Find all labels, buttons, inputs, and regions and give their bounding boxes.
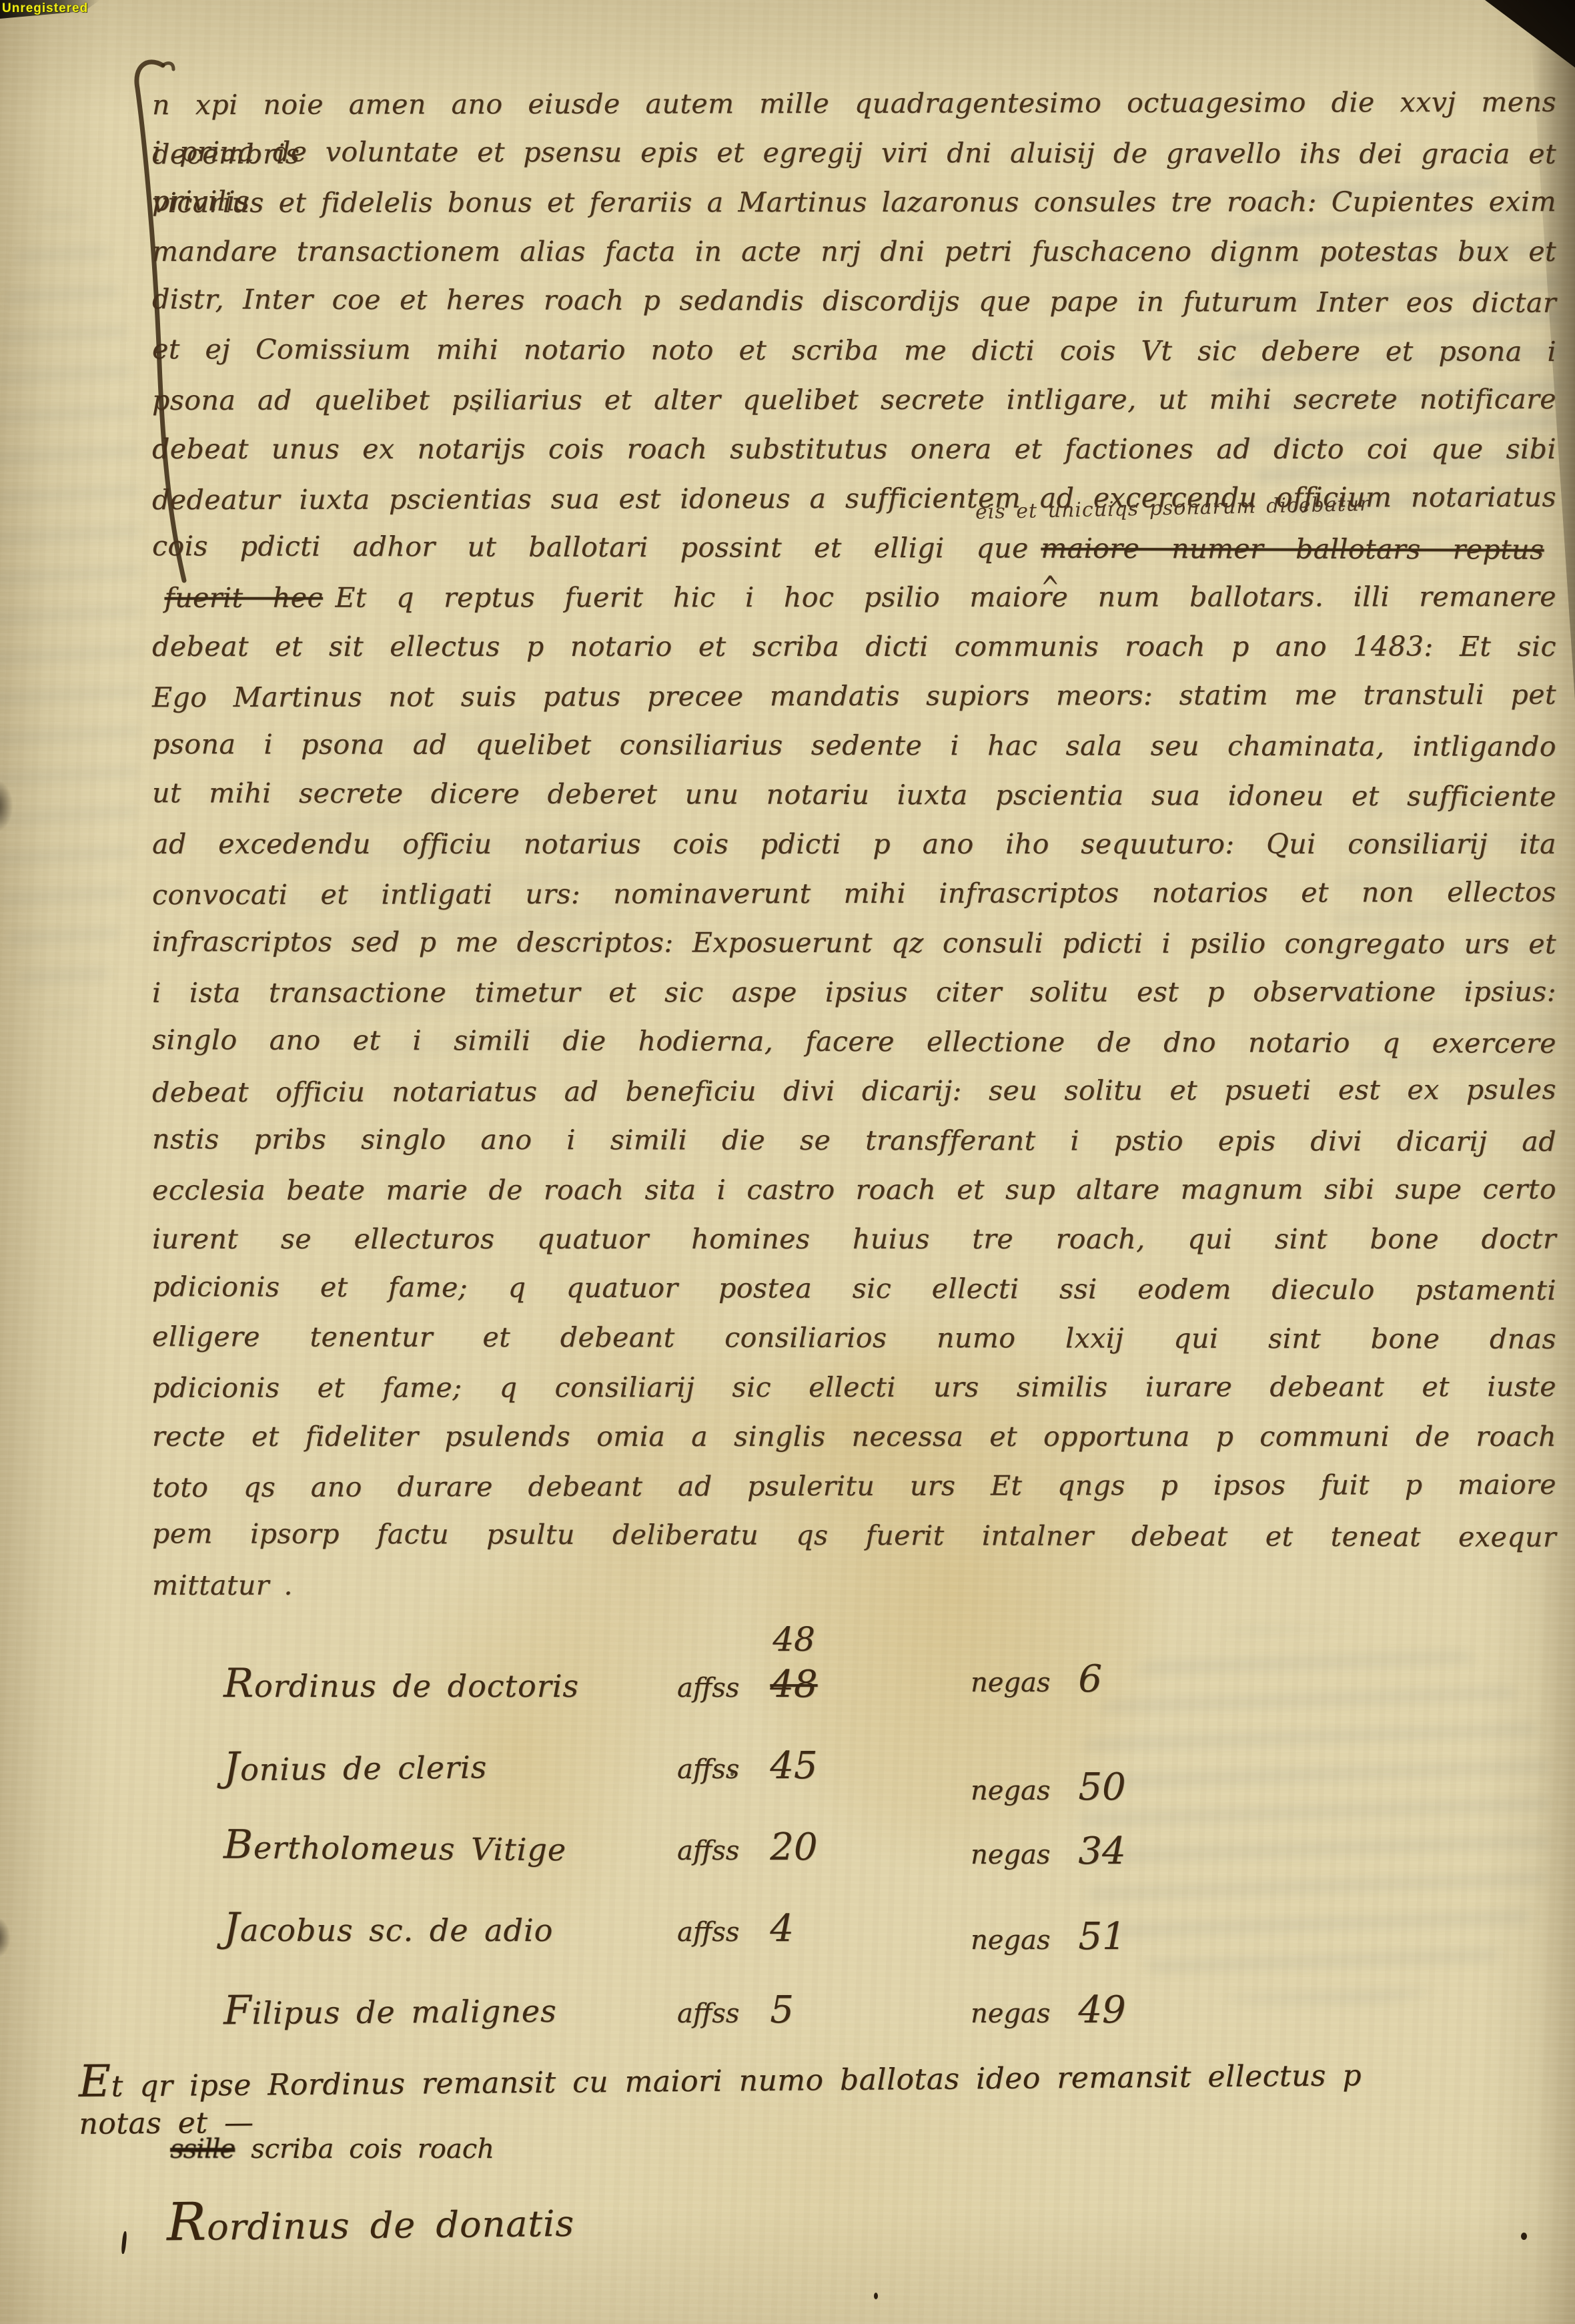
parchment-page: n xpi noie amen ano eiusde autem mille q… (0, 0, 1575, 2324)
line-text: et ej Comissium mihi notario noto et scr… (152, 333, 1556, 368)
closing-statement: Et qr ipse Rordinus remansit cu maiori n… (78, 2044, 1460, 2141)
manuscript-line: pdicionis et fame; q consiliarij sic ell… (152, 1362, 1556, 1413)
scanner-watermark: Unregistered (2, 1, 88, 16)
page-edge-notch (0, 1916, 11, 1959)
negative-votes-cell: negas 50 (971, 1766, 1411, 1809)
affirmative-votes-cell: affss 45 (677, 1744, 971, 1788)
manuscript-line: psona ad quelibet psiliarius et alter qu… (152, 374, 1556, 425)
negative-label: negas (971, 1925, 1050, 1956)
candidate-name: Jacobus sc. de adio (223, 1904, 677, 1951)
line-text: Et q reptus fuerit hic i hoc psilio maio… (335, 580, 1556, 614)
page-edge-notch (0, 779, 13, 833)
affirmative-vote-count: 20 (770, 1826, 817, 1869)
manuscript-line: pem ipsorp factu psultu deliberatu qs fu… (152, 1509, 1556, 1562)
line-text: distr, Inter coe et heres roach p sedand… (152, 283, 1556, 319)
affirmative-numbers: 5 (770, 1988, 794, 2032)
manuscript-line: iurent se ellecturos quatuor homines hui… (152, 1214, 1556, 1264)
negative-votes-cell: negas 49 (971, 1988, 1411, 2032)
affirmative-numbers: 48 48 (770, 1663, 817, 1706)
affirmative-label: affss (677, 1998, 739, 2029)
line-text: elligere tenentur et debeant consiliario… (152, 1320, 1556, 1355)
negative-vote-count: 34 (1078, 1830, 1125, 1873)
negative-label: negas (971, 1667, 1050, 1698)
negative-label: negas (971, 1776, 1050, 1806)
manuscript-line: cois pdicti adhor ut ballotari possint e… (152, 521, 1556, 574)
affirmative-label: affss (677, 1754, 739, 1785)
line-text: ecclesia beate marie de roach sita i cas… (152, 1173, 1556, 1206)
candidate-name: Jonius de cleris (223, 1739, 678, 1790)
line-text: cois pdicti adhor ut ballotari possint e… (152, 530, 1029, 564)
ink-speck (1521, 2233, 1527, 2240)
line-text: pem ipsorp factu psultu deliberatu qs fu… (152, 1517, 1556, 1553)
manuscript-line: i ista transactione timetur et sic aspe … (152, 967, 1556, 1018)
ink-speck (730, 1772, 734, 1776)
negative-label: negas (971, 1840, 1050, 1870)
manuscript-line: mittatur . (152, 1559, 1556, 1610)
manuscript-line: distr, Inter coe et heres roach p sedand… (152, 274, 1556, 328)
affirmative-vote-count: 5 (770, 1988, 794, 2032)
line-text: pdicionis et fame; q consiliarij sic ell… (152, 1371, 1556, 1404)
affirmative-label: affss (677, 1836, 739, 1866)
tally-row: Rordinus de doctoris affss 48 48 negas 6 (223, 1660, 1411, 1724)
struck-vote-count: 48 (770, 1663, 817, 1706)
manuscript-line: ad excedendu officiu notarius cois pdict… (152, 819, 1556, 869)
ink-speck (874, 2293, 878, 2299)
manuscript-line: i priua de voluntate et psensu epis et e… (152, 127, 1556, 179)
manuscript-line: psona i psona ad quelibet consiliarius s… (152, 719, 1556, 771)
ballot-tally: Rordinus de doctoris affss 48 48 negas 6… (223, 1660, 1411, 2050)
manuscript-line: mandare transactionem alias facta in act… (152, 227, 1556, 276)
line-text: iurent se ellecturos quatuor homines hui… (152, 1223, 1556, 1255)
negative-vote-count: 49 (1078, 1988, 1125, 2032)
insertion-caret-mark: ^ (1041, 570, 1060, 607)
tally-row: Jacobus sc. de adio affss 4 negas 51 (223, 1904, 1411, 1968)
affirmative-numbers: 45 (770, 1744, 817, 1788)
negative-label: negas (971, 1998, 1050, 2029)
line-text: i ista transactione timetur et sic aspe … (152, 976, 1556, 1009)
ink-speck (121, 2231, 127, 2254)
line-text: psona ad quelibet psiliarius et alter qu… (152, 383, 1556, 416)
manuscript-line: elligere tenentur et debeant consiliario… (152, 1312, 1556, 1364)
manuscript-line: Ego Martinus not suis patus precee manda… (152, 670, 1556, 722)
affirmative-numbers: 4 (770, 1907, 794, 1950)
manuscript-line: toto qs ano durare debeant ad psuleritu … (152, 1460, 1556, 1512)
manuscript-line: infrascriptos sed p me descriptos: Expos… (152, 917, 1556, 969)
elected-notary-name: Rordinus de donatis (167, 2188, 575, 2253)
affirmative-votes-cell: affss 20 (677, 1826, 971, 1869)
line-text: singlo ano et i simili die hodierna, fac… (152, 1024, 1556, 1060)
manuscript-body: n xpi noie amen ano eiusde autem mille q… (152, 79, 1556, 1609)
manuscript-line: n xpi noie amen ano eiusde autem mille q… (152, 77, 1556, 129)
manuscript-line: pdicionis et fame; q quatuor postea sic … (152, 1262, 1556, 1315)
manuscript-line: debeat officiu notariatus ad beneficiu d… (152, 1065, 1556, 1117)
affirmative-label: affss (677, 1673, 739, 1703)
corrected-vote-count: 48 (772, 1620, 815, 1659)
manuscript-line: fuerit hecEt q reptus fuerit hic i hoc p… (152, 572, 1556, 623)
closing-scriba-line: ssillescriba cois roach (170, 2134, 494, 2165)
affirmative-label: affss (677, 1917, 739, 1948)
crossed-out-text: maiore numer ballotars reptus (1041, 532, 1544, 566)
manuscript-line: et ej Comissium mihi notario noto et scr… (152, 324, 1556, 376)
manuscript-line: vicarius et fidelelis bonus et ferariis … (152, 177, 1556, 228)
negative-vote-count: 50 (1078, 1766, 1125, 1809)
negative-vote-count: 51 (1078, 1915, 1125, 1958)
manuscript-line: ecclesia beate marie de roach sita i cas… (152, 1164, 1556, 1215)
negative-votes-cell: negas 34 (971, 1830, 1411, 1873)
line-text: scriba cois roach (251, 2134, 494, 2165)
line-text: ad excedendu officiu notarius cois pdict… (152, 828, 1556, 860)
tally-row: Jonius de cleris affss 45 negas 50 (223, 1741, 1411, 1806)
affirmative-votes-cell: affss 5 (677, 1988, 971, 2032)
manuscript-line: debeat et sit ellectus p notario et scri… (152, 622, 1556, 671)
candidate-name: Bertholomeus Vitige (223, 1822, 677, 1872)
line-text: pdicionis et fame; q quatuor postea sic … (152, 1270, 1556, 1306)
manuscript-line: singlo ano et i simili die hodierna, fac… (152, 1015, 1556, 1068)
line-text: recte et fideliter psulends omia a singl… (152, 1421, 1556, 1453)
manuscript-line: debeat unus ex notarijs cois roach subst… (152, 424, 1556, 474)
line-text: debeat officiu notariatus ad beneficiu d… (152, 1074, 1556, 1108)
line-text: nstis pribs singlo ano i simili die se t… (152, 1123, 1556, 1158)
line-text: mandare transactionem alias facta in act… (152, 236, 1556, 268)
ink-speck (475, 408, 478, 412)
negative-vote-count: 6 (1078, 1657, 1102, 1701)
affirmative-votes-cell: affss 4 (677, 1907, 971, 1950)
line-text: vicarius et fidelelis bonus et ferariis … (152, 185, 1556, 219)
affirmative-vote-count: 4 (770, 1907, 794, 1950)
line-text: convocati et intligati urs: nominaverunt… (152, 876, 1556, 911)
negative-votes-cell: negas 6 (971, 1657, 1411, 1701)
affirmative-numbers: 20 (770, 1826, 817, 1869)
crossed-out-text: ssille (170, 2134, 235, 2165)
line-text: ut mihi secrete dicere deberet unu notar… (152, 777, 1556, 813)
manuscript-line: recte et fideliter psulends omia a singl… (152, 1412, 1556, 1461)
line-text: mittatur . (152, 1569, 293, 1601)
manuscript-photo: { "colors": { "paper": "#e0d4ab", "ink":… (0, 0, 1575, 2324)
tally-row: Filipus de malignes affss 5 negas 49 (223, 1986, 1411, 2050)
line-text: Ego Martinus not suis patus precee manda… (152, 679, 1556, 713)
crossed-out-text: fuerit hec (164, 582, 322, 614)
line-text: debeat et sit ellectus p notario et scri… (152, 631, 1556, 663)
line-text: infrascriptos sed p me descriptos: Expos… (152, 925, 1556, 960)
line-text: toto qs ano durare debeant ad psuleritu … (152, 1469, 1556, 1503)
line-text: debeat unus ex notarijs cois roach subst… (152, 433, 1556, 465)
candidate-name: Rordinus de doctoris (223, 1660, 677, 1707)
line-text: psona i psona ad quelibet consiliarius s… (152, 728, 1556, 763)
manuscript-line: ut mihi secrete dicere deberet unu notar… (152, 768, 1556, 821)
affirmative-votes-cell: affss 48 48 (677, 1663, 971, 1706)
candidate-name: Filipus de malignes (223, 1984, 677, 2034)
manuscript-line: convocati et intligati urs: nominaverunt… (152, 867, 1556, 919)
negative-votes-cell: negas 51 (971, 1915, 1411, 1958)
affirmative-vote-count: 45 (770, 1744, 817, 1788)
manuscript-line: nstis pribs singlo ano i simili die se t… (152, 1114, 1556, 1166)
tally-row: Bertholomeus Vitige affss 20 negas 34 (223, 1823, 1411, 1887)
